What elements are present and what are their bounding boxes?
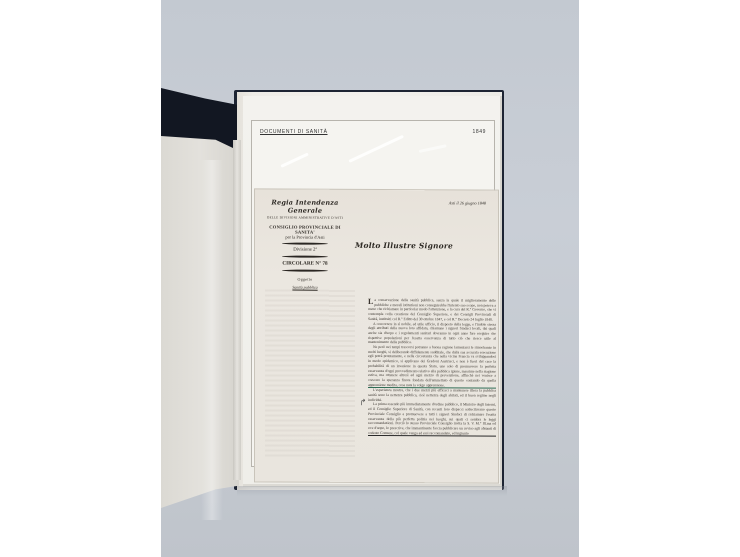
pencil-margin-mark: ↱ <box>358 397 366 407</box>
section-label: DOCUMENTI DI SANITÀ <box>260 129 328 135</box>
mount-header: DOCUMENTI DI SANITÀ 1849 <box>252 121 494 139</box>
circular-number: CIRCOLARE N° 78 <box>261 260 349 266</box>
ornamental-rule <box>282 256 328 258</box>
agency-name: Regia Intendenza Generale <box>261 198 349 214</box>
year-label: 1849 <box>472 129 486 135</box>
antique-circular: Regia Intendenza Generale DELLE DIVISION… <box>255 189 498 482</box>
body-paragraph: La conservazione della sanità pubblica, … <box>368 298 496 322</box>
agency-subtitle: DELLE DIVISIONI AMMINISTRATIVE D'ASTI <box>261 215 349 219</box>
binder-spine <box>233 140 241 480</box>
object-label: Oggetto <box>261 276 349 281</box>
body-paragraph: A concorrere in sì nobile, ed utile uffi… <box>368 321 496 345</box>
photo-frame: DOCUMENTI DI SANITÀ 1849 Regia Intendenz… <box>161 0 579 557</box>
left-pages-sheen <box>201 160 223 520</box>
ornamental-rule <box>282 243 328 245</box>
body-paragraph: L'esperienza mostra, che i due mezzi più… <box>368 388 496 403</box>
salutation: Molto Illustre Signore <box>355 241 453 251</box>
ornamental-rule <box>282 270 328 272</box>
letterhead: Regia Intendenza Generale DELLE DIVISION… <box>261 195 349 289</box>
council-name: CONSIGLIO PROVINCIALE DI SANITA' <box>261 224 349 234</box>
subject-text: Sanità pubblica <box>261 284 349 289</box>
show-through-text <box>265 289 355 459</box>
province-name: per la Provincia d'Asti <box>261 234 349 239</box>
body-paragraph-highlighted: Ne però nei tempi trascorsi potranno a b… <box>368 345 496 389</box>
letter-body: La conservazione della sanità pubblica, … <box>368 298 496 437</box>
drop-cap: L <box>368 298 373 305</box>
body-paragraph-underlined: La prima essendo più immediatamente d'or… <box>368 402 496 437</box>
date-line: Asti il 26 giugno 1848 <box>449 200 486 205</box>
binder-shadow <box>237 486 507 496</box>
body-text: a conservazione della sanità pubblica, s… <box>368 298 496 321</box>
division-label: Divisione 2ª <box>261 247 349 252</box>
binder-left-pages <box>161 136 239 508</box>
